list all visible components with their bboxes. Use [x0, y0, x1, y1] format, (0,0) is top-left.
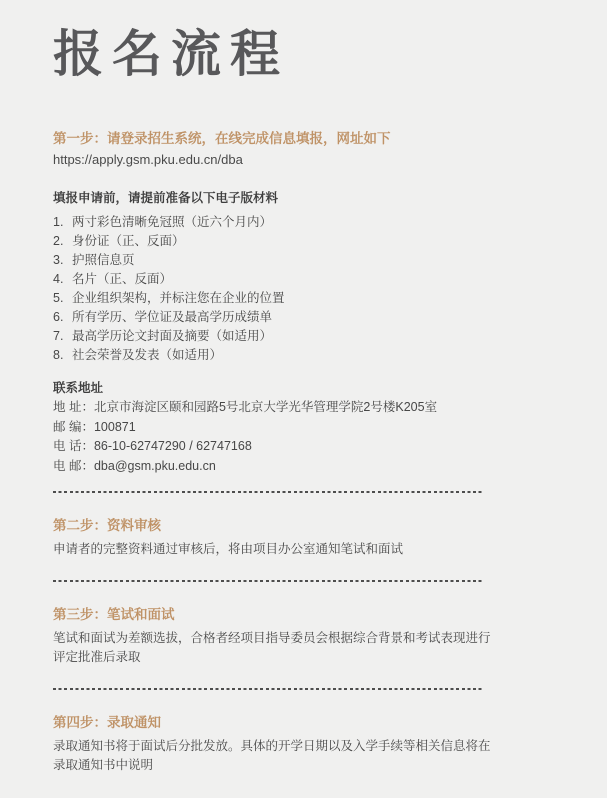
contact-value: 86-10-62747290 / 62747168 — [94, 439, 252, 453]
materials-item-text: 名片（正、反面） — [72, 270, 172, 289]
contact-value: dba@gsm.pku.edu.cn — [94, 459, 216, 473]
step-heading: 第三步：笔试和面试 — [53, 607, 607, 623]
materials-item: 2. 身份证（正、反面） — [53, 232, 607, 251]
contact-title: 联系地址 — [53, 379, 607, 398]
materials-item-text: 两寸彩色清晰免冠照（近六个月内） — [72, 213, 272, 232]
step-heading: 第二步：资料审核 — [53, 518, 607, 534]
step-section: 第三步：笔试和面试 笔试和面试为差额选拔，合格者经项目指导委员会根据综合背景和考… — [53, 607, 607, 690]
materials-item: 6. 所有学历、学位证及最高学历成绩单 — [53, 308, 607, 327]
registration-process-page: 报名流程 第一步：请登录招生系统，在线完成信息填报，网址如下 https://a… — [0, 0, 607, 798]
step-body: 申请者的完整资料通过审核后，将由项目办公室通知笔试和面试 — [53, 540, 498, 559]
step1-heading: 第一步：请登录招生系统，在线完成信息填报，网址如下 — [53, 131, 607, 147]
contact-value: 100871 — [94, 420, 136, 434]
steps-container: 第二步：资料审核 申请者的完整资料通过审核后，将由项目办公室通知笔试和面试 第三… — [53, 518, 607, 798]
page-title: 报名流程 — [53, 24, 607, 84]
materials-item: 1. 两寸彩色清晰免冠照（近六个月内） — [53, 213, 607, 232]
materials-item-number: 6. — [53, 308, 72, 327]
application-url-link[interactable]: https://apply.gsm.pku.edu.cn/dba — [53, 152, 243, 168]
contact-list: 地 址：北京市海淀区颐和园路5号北京大学光华管理学院2号楼K205室 邮 编：1… — [53, 398, 607, 476]
dotted-separator — [53, 491, 483, 493]
materials-item-text: 最高学历论文封面及摘要（如适用） — [72, 327, 272, 346]
contact-row: 地 址：北京市海淀区颐和园路5号北京大学光华管理学院2号楼K205室 — [53, 398, 607, 418]
materials-item: 4. 名片（正、反面） — [53, 270, 607, 289]
step-body: 录取通知书将于面试后分批发放。具体的开学日期以及入学手续等相关信息将在录取通知书… — [53, 737, 498, 775]
contact-label: 邮 编： — [53, 420, 94, 434]
materials-item: 8. 社会荣誉及发表（如适用） — [53, 346, 607, 365]
materials-item-text: 身份证（正、反面） — [72, 232, 185, 251]
materials-item: 3. 护照信息页 — [53, 251, 607, 270]
contact-label: 地 址： — [53, 400, 94, 414]
contact-value: 北京市海淀区颐和园路5号北京大学光华管理学院2号楼K205室 — [94, 400, 437, 414]
step-heading: 第四步：录取通知 — [53, 715, 607, 731]
materials-item-number: 7. — [53, 327, 72, 346]
materials-item-text: 社会荣誉及发表（如适用） — [72, 346, 222, 365]
materials-item-text: 护照信息页 — [72, 251, 135, 270]
contact-label: 电 邮： — [53, 459, 94, 473]
step1-section: 第一步：请登录招生系统，在线完成信息填报，网址如下 https://apply.… — [53, 131, 607, 476]
materials-item-number: 8. — [53, 346, 72, 365]
materials-intro: 填报申请前，请提前准备以下电子版材料 — [53, 190, 607, 206]
contact-row: 邮 编：100871 — [53, 418, 607, 438]
materials-item-text: 企业组织架构，并标注您在企业的位置 — [72, 289, 285, 308]
materials-item-number: 4. — [53, 270, 72, 289]
step-section: 第四步：录取通知 录取通知书将于面试后分批发放。具体的开学日期以及入学手续等相关… — [53, 715, 607, 798]
materials-item-number: 2. — [53, 232, 72, 251]
contact-row: 电 邮：dba@gsm.pku.edu.cn — [53, 457, 607, 477]
contact-label: 电 话： — [53, 439, 94, 453]
materials-item: 7. 最高学历论文封面及摘要（如适用） — [53, 327, 607, 346]
materials-item-number: 1. — [53, 213, 72, 232]
materials-item-number: 5. — [53, 289, 72, 308]
step-body: 笔试和面试为差额选拔，合格者经项目指导委员会根据综合背景和考试表现进行评定批准后… — [53, 629, 498, 667]
step-section: 第二步：资料审核 申请者的完整资料通过审核后，将由项目办公室通知笔试和面试 — [53, 518, 607, 582]
contact-row: 电 话：86-10-62747290 / 62747168 — [53, 437, 607, 457]
materials-item: 5. 企业组织架构，并标注您在企业的位置 — [53, 289, 607, 308]
materials-item-number: 3. — [53, 251, 72, 270]
dotted-separator — [53, 580, 483, 582]
materials-list: 1. 两寸彩色清晰免冠照（近六个月内） 2. 身份证（正、反面） 3. 护照信息… — [53, 213, 607, 365]
dotted-separator — [53, 688, 483, 690]
materials-item-text: 所有学历、学位证及最高学历成绩单 — [72, 308, 272, 327]
